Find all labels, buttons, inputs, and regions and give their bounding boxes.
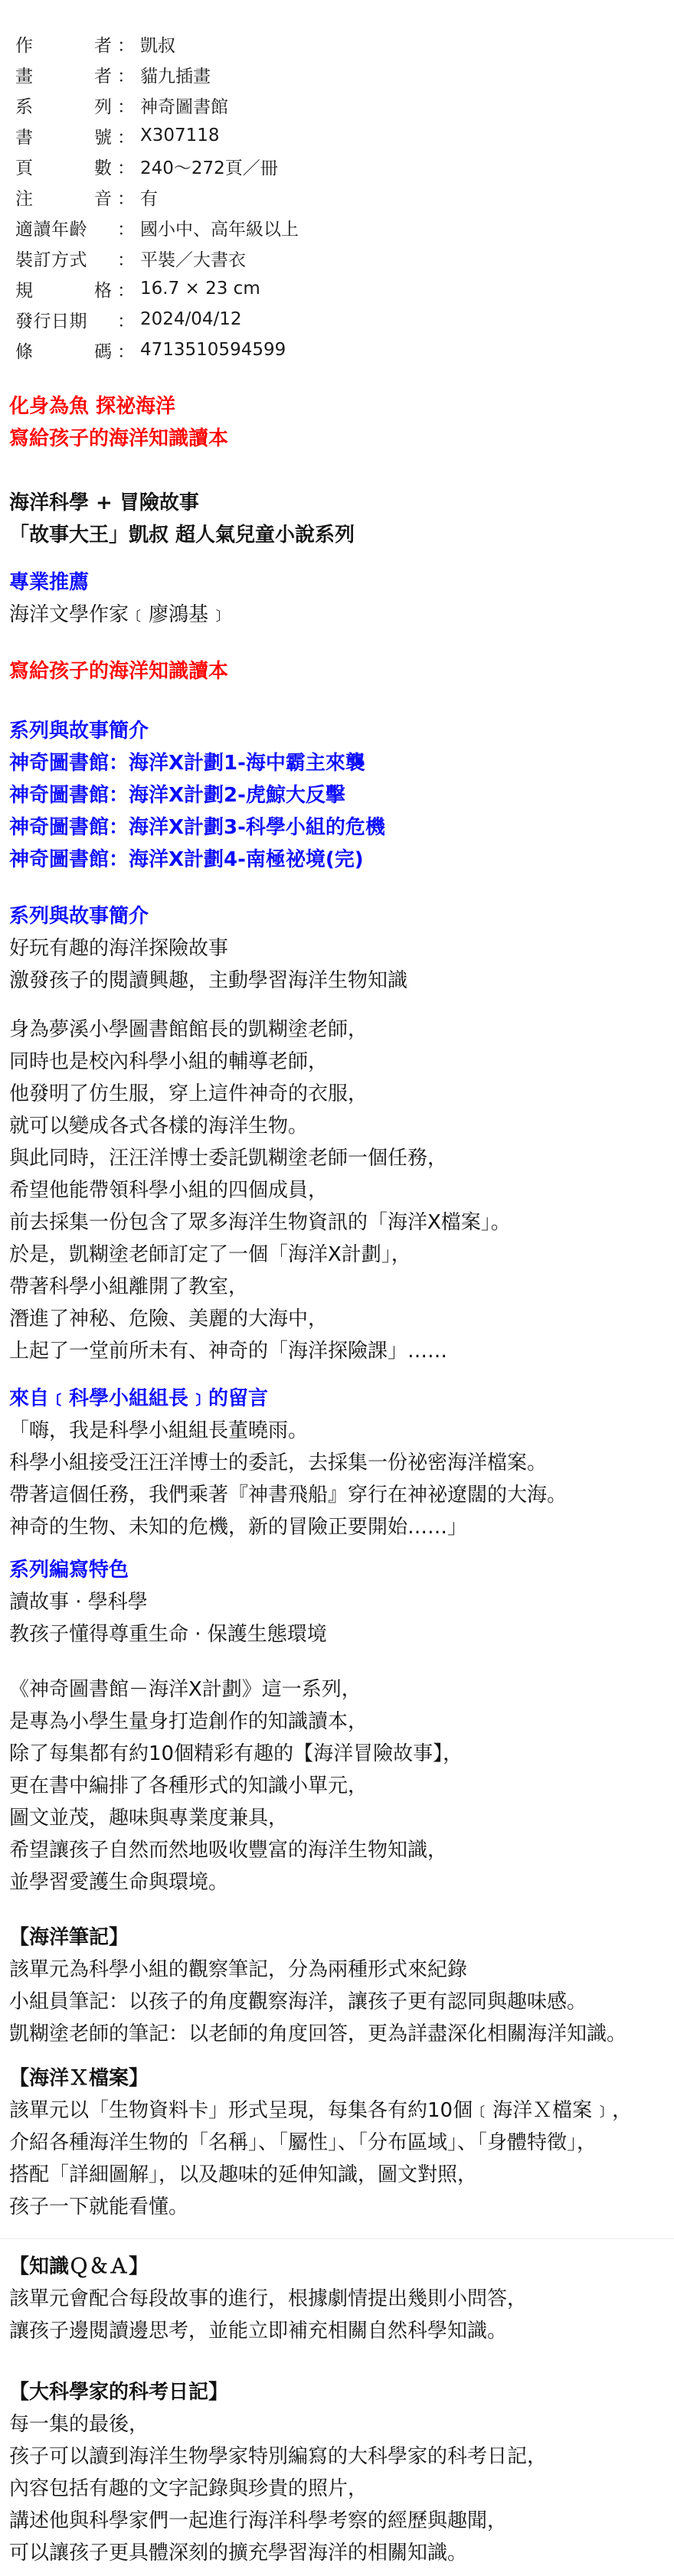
meta-label-part: 列 <box>94 93 112 118</box>
meta-label-part: 適讀年齡 <box>15 215 87 240</box>
unit-line: 孩子一下就能看懂。 <box>9 2191 632 2223</box>
meta-colon: ： <box>112 276 140 302</box>
series-desc-line: 除了每集都有約10個精彩有趣的【海洋冒險故事】， <box>9 1738 463 1770</box>
meta-label-part: 作 <box>15 31 33 57</box>
meta-value: X307118 <box>140 126 220 145</box>
meta-label-part: 條 <box>15 338 33 363</box>
meta-row: 注音：有 <box>15 181 665 212</box>
meta-value: 240～272頁／冊 <box>140 154 278 179</box>
meta-label: 畫者 <box>15 62 112 87</box>
story-line: 上起了一堂前所未有、神奇的「海洋探險課」…… <box>9 1335 511 1367</box>
meta-label: 作者 <box>15 31 112 57</box>
unit-line: 該單元會配合每段故事的進行，根據劇情提出幾則小問答， <box>9 2283 527 2315</box>
meta-row: 系列：神奇圖書館 <box>15 90 665 120</box>
intro-block: 系列與故事簡介 好玩有趣的海洋探險故事 激發孩子的閱讀興趣，主動學習海洋生物知識 <box>9 900 407 997</box>
meta-colon: ： <box>112 246 140 271</box>
series-desc-line: 《神奇圖書館－海洋X計劃》這一系列， <box>9 1673 463 1706</box>
tagline2: 寫給孩子的海洋知識讀本 <box>9 655 228 687</box>
story-line: 身為夢溪小學圖書館館長的凱糊塗老師， <box>9 1014 511 1046</box>
meta-label-part: 注 <box>15 184 33 210</box>
unit-heading: 【海洋Ｘ檔案】 <box>9 2062 632 2094</box>
divider <box>0 2238 674 2239</box>
story-line: 潛進了神秘、危險、美麗的大海中， <box>9 1303 511 1335</box>
unit-heading: 【大科學家的科考日記】 <box>9 2376 547 2408</box>
unit-line: 介紹各種海洋生物的「名稱」、「屬性」、「分布區域」、「身體特徵」， <box>9 2127 632 2159</box>
series-desc-line: 圖文並茂，趣味與專業度兼具， <box>9 1802 463 1834</box>
meta-row: 條碼：4713510594599 <box>15 335 665 365</box>
book-list-heading: 系列與故事簡介 <box>9 715 385 747</box>
meta-colon: ： <box>112 154 140 179</box>
book-list-block: 系列與故事簡介 神奇圖書館：海洋X計劃1-海中霸主來襲 神奇圖書館：海洋X計劃2… <box>9 715 385 876</box>
meta-colon: ： <box>112 215 140 240</box>
book-metadata: 作者：凱叔畫者：貓九插畫系列：神奇圖書館書號：X307118頁數：240～272… <box>9 0 665 365</box>
features-line: 讀故事 · 學科學 <box>9 1586 327 1618</box>
book-info-page: 作者：凱叔畫者：貓九插畫系列：神奇圖書館書號：X307118頁數：240～272… <box>0 0 674 365</box>
unit-heading: 【海洋筆記】 <box>9 1921 627 1954</box>
meta-row: 發行日期：2024/04/12 <box>15 304 665 335</box>
recommend-block: 專業推薦 海洋文學作家﹝廖鴻基﹞ <box>9 566 228 631</box>
meta-colon: ： <box>112 93 140 118</box>
meta-label-part: 系 <box>15 93 33 118</box>
meta-colon: ： <box>112 31 140 57</box>
unit-line: 每一集的最後， <box>9 2408 547 2441</box>
meta-label: 書號 <box>15 123 112 149</box>
story-paragraph: 身為夢溪小學圖書館館長的凱糊塗老師，同時也是校內科學小組的輔導老師，他發明了仿生… <box>9 1014 511 1367</box>
unit-line: 講述他與科學家們一起進行海洋科學考察的經歷與趣聞， <box>9 2505 547 2537</box>
series-title-block: 海洋科學 + 冒險故事 「故事大王」凱叔 超人氣兒童小說系列 <box>9 487 355 551</box>
meta-colon: ： <box>112 62 140 87</box>
meta-value: 貓九插畫 <box>140 62 211 87</box>
features-heading: 系列編寫特色 <box>9 1554 327 1586</box>
unit-ocean-x-files: 【海洋Ｘ檔案】該單元以「生物資料卡」形式呈現，每集各有約10個﹝海洋Ｘ檔案﹞，介… <box>9 2062 632 2223</box>
tagline2-block: 寫給孩子的海洋知識讀本 <box>9 655 228 687</box>
unit-line: 讓孩子邊閱讀邊思考，並能立即補充相關自然科學知識。 <box>9 2315 527 2347</box>
meta-value: 平裝／大書衣 <box>140 246 246 271</box>
intro-heading: 系列與故事簡介 <box>9 900 407 932</box>
meta-label-part: 數 <box>94 154 112 179</box>
meta-row: 頁數：240～272頁／冊 <box>15 151 665 181</box>
series-desc-line: 更在書中編排了各種形式的知識小單元， <box>9 1770 463 1802</box>
meta-label: 裝訂方式 <box>15 246 112 271</box>
story-line: 於是，凱糊塗老師訂定了一個「海洋X計劃」， <box>9 1239 511 1271</box>
meta-colon: ： <box>112 123 140 149</box>
unit-scientist-diary: 【大科學家的科考日記】每一集的最後，孩子可以讀到海洋生物學家特別編寫的大科學家的… <box>9 2376 547 2569</box>
series-desc-paragraph: 《神奇圖書館－海洋X計劃》這一系列，是專為小學生量身打造創作的知識讀本，除了每集… <box>9 1673 463 1899</box>
message-line: 帶著這個任務，我們乘著『神書飛船』穿行在神祕遼闊的大海。 <box>9 1479 567 1511</box>
book-list-item[interactable]: 神奇圖書館：海洋X計劃3-科學小組的危機 <box>9 811 385 844</box>
story-line: 帶著科學小組離開了教室， <box>9 1271 511 1303</box>
meta-value: 16.7 × 23 cm <box>140 279 260 299</box>
meta-row: 裝訂方式：平裝／大書衣 <box>15 243 665 273</box>
unit-ocean-notes: 【海洋筆記】該單元為科學小組的觀察筆記，分為兩種形式來紀錄小組員筆記：以孩子的角… <box>9 1921 627 2050</box>
recommend-heading: 專業推薦 <box>9 566 228 599</box>
meta-label: 頁數 <box>15 154 112 179</box>
series-desc-line: 是專為小學生量身打造創作的知識讀本， <box>9 1706 463 1738</box>
meta-row: 書號：X307118 <box>15 120 665 151</box>
tagline-line-1: 化身為魚 探祕海洋 <box>9 390 228 423</box>
unit-line: 該單元為科學小組的觀察筆記，分為兩種形式來紀錄 <box>9 1954 627 1986</box>
meta-colon: ： <box>112 307 140 332</box>
meta-label: 發行日期 <box>15 307 112 332</box>
features-block: 系列編寫特色 讀故事 · 學科學 教孩子懂得尊重生命 · 保護生態環境 <box>9 1554 327 1650</box>
meta-row: 畫者：貓九插畫 <box>15 59 665 90</box>
series-title-line-1: 海洋科學 + 冒險故事 <box>9 487 355 519</box>
meta-label-part: 規 <box>15 276 33 302</box>
meta-value: 國小中、高年級以上 <box>140 215 299 240</box>
meta-label-part: 者 <box>94 31 112 57</box>
features-line: 教孩子懂得尊重生命 · 保護生態環境 <box>9 1618 327 1650</box>
unit-line: 凱糊塗老師的筆記：以老師的角度回答，更為詳盡深化相關海洋知識。 <box>9 2018 627 2050</box>
book-list-item[interactable]: 神奇圖書館：海洋X計劃2-虎鯨大反擊 <box>9 779 385 811</box>
meta-label-part: 碼 <box>94 338 112 363</box>
meta-value: 凱叔 <box>140 31 175 57</box>
meta-colon: ： <box>112 184 140 210</box>
meta-label: 條碼 <box>15 338 112 363</box>
message-line: 「嗨，我是科學小組組長董曉雨。 <box>9 1415 567 1447</box>
meta-label-part: 號 <box>94 123 112 149</box>
meta-row: 適讀年齡：國小中、高年級以上 <box>15 212 665 243</box>
unit-knowledge-qa: 【知識Ｑ＆Ａ】該單元會配合每段故事的進行，根據劇情提出幾則小問答，讓孩子邊閱讀邊… <box>9 2251 527 2347</box>
series-desc-line: 並學習愛護生命與環境。 <box>9 1866 463 1899</box>
meta-label-part: 畫 <box>15 62 33 87</box>
meta-value: 神奇圖書館 <box>140 93 228 118</box>
meta-value: 2024/04/12 <box>140 309 242 329</box>
unit-line: 搭配「詳細圖解」，以及趣味的延伸知識，圖文對照， <box>9 2159 632 2191</box>
meta-label-part: 頁 <box>15 154 33 179</box>
unit-line: 孩子可以讀到海洋生物學家特別編寫的大科學家的科考日記， <box>9 2441 547 2473</box>
story-line: 就可以變成各式各樣的海洋生物。 <box>9 1110 511 1142</box>
meta-label-part: 發行日期 <box>15 307 87 332</box>
meta-label-part: 書 <box>15 123 33 149</box>
meta-label: 適讀年齡 <box>15 215 112 240</box>
unit-line: 小組員筆記：以孩子的角度觀察海洋，讓孩子更有認同與趣味感。 <box>9 1986 627 2018</box>
meta-label-part: 音 <box>94 184 112 210</box>
meta-row: 規格：16.7 × 23 cm <box>15 273 665 304</box>
recommend-text: 海洋文學作家﹝廖鴻基﹞ <box>9 599 228 631</box>
book-list-item[interactable]: 神奇圖書館：海洋X計劃1-海中霸主來襲 <box>9 747 385 779</box>
meta-row: 作者：凱叔 <box>15 28 665 59</box>
message-block: 來自﹝科學小組組長﹞的留言 「嗨，我是科學小組組長董曉雨。 科學小組接受汪汪洋博… <box>9 1383 567 1543</box>
series-title-line-2: 「故事大王」凱叔 超人氣兒童小說系列 <box>9 519 355 551</box>
meta-value: 4713510594599 <box>140 340 286 360</box>
unit-line: 可以讓孩子更具體深刻的擴充學習海洋的相關知識。 <box>9 2537 547 2569</box>
intro-line: 好玩有趣的海洋探險故事 <box>9 932 407 965</box>
message-heading: 來自﹝科學小組組長﹞的留言 <box>9 1383 567 1415</box>
story-line: 同時也是校內科學小組的輔導老師， <box>9 1046 511 1078</box>
tagline-line-2: 寫給孩子的海洋知識讀本 <box>9 423 228 455</box>
book-list-item[interactable]: 神奇圖書館：海洋X計劃4-南極祕境(完) <box>9 844 385 876</box>
story-line: 與此同時，汪汪洋博士委託凱糊塗老師一個任務， <box>9 1142 511 1174</box>
meta-label-part: 者 <box>94 62 112 87</box>
unit-line: 該單元以「生物資料卡」形式呈現，每集各有約10個﹝海洋Ｘ檔案﹞， <box>9 2094 632 2127</box>
story-line: 他發明了仿生服，穿上這件神奇的衣服， <box>9 1078 511 1110</box>
meta-colon: ： <box>112 338 140 363</box>
meta-value: 有 <box>140 184 158 210</box>
message-line: 神奇的生物、未知的危機，新的冒險正要開始……」 <box>9 1511 567 1543</box>
meta-label: 規格 <box>15 276 112 302</box>
series-desc-line: 希望讓孩子自然而然地吸收豐富的海洋生物知識， <box>9 1834 463 1866</box>
intro-line: 激發孩子的閱讀興趣，主動學習海洋生物知識 <box>9 965 407 997</box>
story-line: 希望他能帶領科學小組的四個成員， <box>9 1174 511 1206</box>
message-line: 科學小組接受汪汪洋博士的委託，去採集一份祕密海洋檔案。 <box>9 1447 567 1479</box>
meta-label: 注音 <box>15 184 112 210</box>
meta-label-part: 格 <box>94 276 112 302</box>
story-line: 前去採集一份包含了眾多海洋生物資訊的「海洋X檔案」。 <box>9 1206 511 1239</box>
tagline-block: 化身為魚 探祕海洋 寫給孩子的海洋知識讀本 <box>9 390 228 455</box>
meta-label: 系列 <box>15 93 112 118</box>
meta-label-part: 裝訂方式 <box>15 246 87 271</box>
unit-line: 內容包括有趣的文字記錄與珍貴的照片， <box>9 2473 547 2505</box>
unit-heading: 【知識Ｑ＆Ａ】 <box>9 2251 527 2283</box>
